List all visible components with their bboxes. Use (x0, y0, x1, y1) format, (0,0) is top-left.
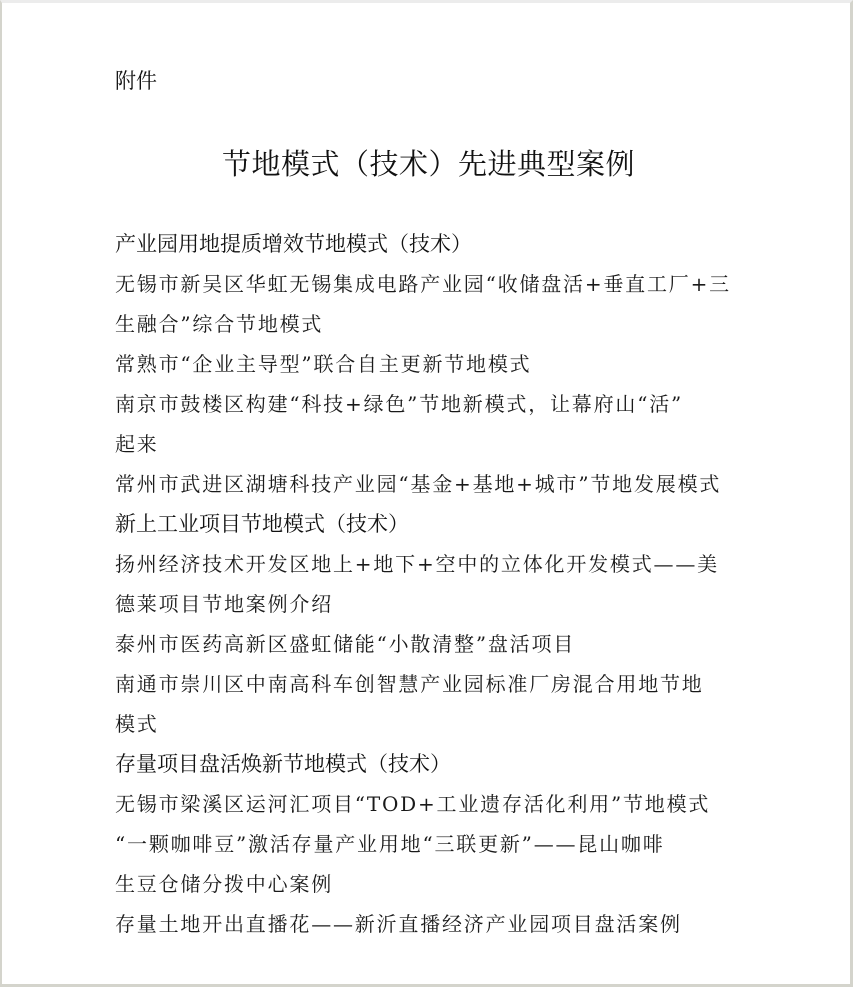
case-line: 生豆仓储分拨中心案例 (115, 864, 755, 904)
case-line: 德莱项目节地案例介绍 (115, 584, 755, 624)
case-line: 常熟市“企业主导型”联合自主更新节地模式 (115, 344, 755, 384)
case-line: “一颗咖啡豆”激活存量产业用地“三联更新”——昆山咖啡 (115, 824, 755, 864)
section-heading-stock-revitalization: 存量项目盘活焕新节地模式（技术） (115, 744, 755, 784)
case-line: 南京市鼓楼区构建“科技+绿色”节地新模式，让幕府山“活” (115, 384, 755, 424)
case-line: 南通市崇川区中南高科车创智慧产业园标准厂房混合用地节地 (115, 664, 755, 704)
case-list: 产业园用地提质增效节地模式（技术） 无锡市新吴区华虹无锡集成电路产业园“收储盘活… (115, 224, 755, 944)
case-line: 无锡市梁溪区运河汇项目“TOD+工业遗存活化利用”节地模式 (115, 784, 755, 824)
case-line: 存量土地开出直播花——新沂直播经济产业园项目盘活案例 (115, 904, 755, 944)
case-line: 常州市武进区湖塘科技产业园“基金+基地+城市”节地发展模式 (115, 464, 755, 504)
case-line: 无锡市新吴区华虹无锡集成电路产业园“收储盘活+垂直工厂+三 (115, 264, 755, 304)
attachment-label: 附件 (115, 66, 157, 96)
case-line: 泰州市医药高新区盛虹储能“小散清整”盘活项目 (115, 624, 755, 664)
case-line: 扬州经济技术开发区地上+地下+空中的立体化开发模式——美 (115, 544, 755, 584)
case-line: 模式 (115, 704, 755, 744)
section-heading-industrial-park: 产业园用地提质增效节地模式（技术） (115, 224, 755, 264)
section-heading-new-industrial: 新上工业项目节地模式（技术） (115, 504, 755, 544)
document-title: 节地模式（技术）先进典型案例 (0, 144, 853, 184)
case-line: 起来 (115, 424, 755, 464)
case-line: 生融合”综合节地模式 (115, 304, 755, 344)
